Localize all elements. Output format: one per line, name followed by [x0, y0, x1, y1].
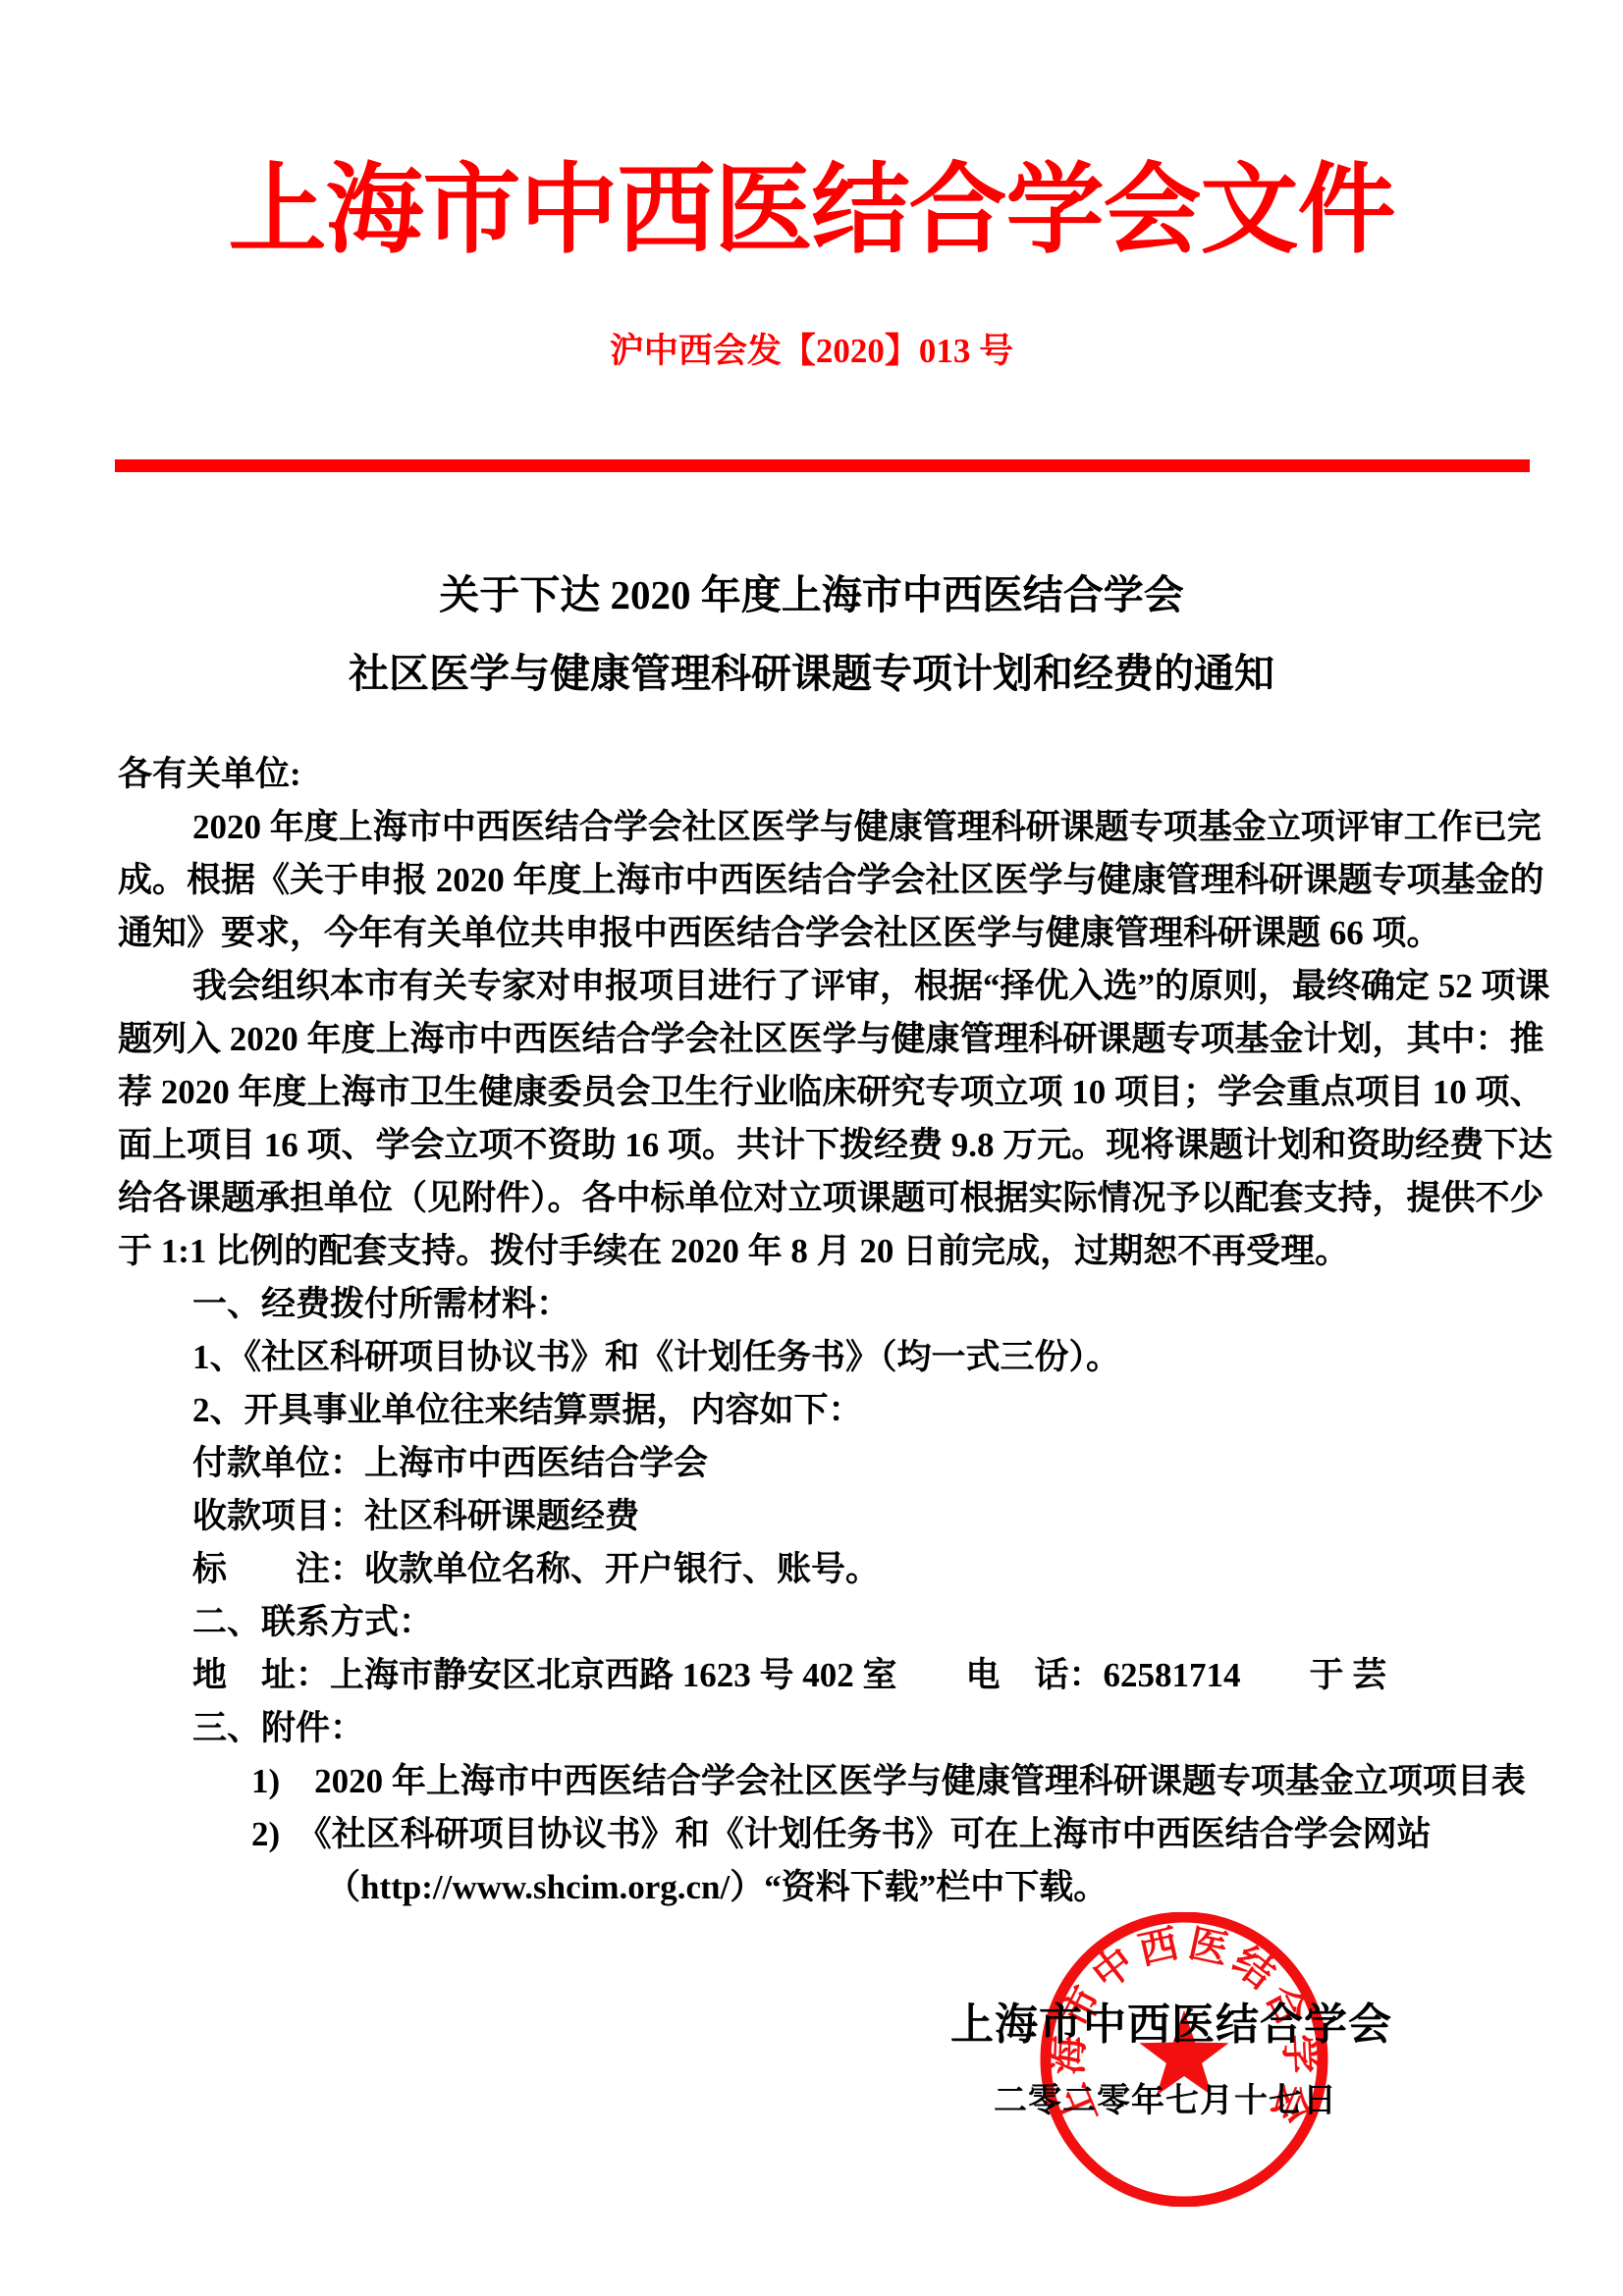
body-line: 地 址：上海市静安区北京西路 1623 号 402 室 电 话：62581714… [192, 1649, 1522, 1702]
body-line: 1) 2020 年上海市中西医结合学会社区医学与健康管理科研课题专项基金立项项目… [251, 1755, 1522, 1808]
body-lines: 各有关单位:2020 年度上海市中西医结合学会社区医学与健康管理科研课题专项基金… [118, 748, 1522, 1914]
body-line: 我会组织本市有关专家对申报项目进行了评审，根据“择优入选”的原则，最终确定 52… [192, 960, 1522, 1013]
document-page: 上海市中西医结合学会文件 沪中西会发【2020】013 号 关于下达 2020 … [0, 0, 1623, 2296]
red-divider-rule [115, 459, 1530, 472]
body-line: 成。根据《关于申报 2020 年度上海市中西医结合学会社区医学与健康管理科研课题… [118, 854, 1522, 907]
red-header-org-title: 上海市中西医结合学会文件 [0, 157, 1623, 265]
body-line: 二、联系方式： [192, 1596, 1522, 1649]
body-line: 1、《社区科研项目协议书》和《计划任务书》（均一式三份）。 [192, 1331, 1522, 1384]
document-title: 关于下达 2020 年度上海市中西医结合学会 社区医学与健康管理科研课题专项计划… [0, 556, 1623, 713]
star-icon [1139, 2010, 1228, 2096]
document-title-line1: 关于下达 2020 年度上海市中西医结合学会 [0, 556, 1623, 634]
body-line: 各有关单位: [118, 748, 1522, 801]
body-line: 2、开具事业单位往来结算票据，内容如下： [192, 1384, 1522, 1437]
body-line: 题列入 2020 年度上海市中西医结合学会社区医学与健康管理科研课题专项基金计划… [118, 1013, 1522, 1066]
body-line: 收款项目：社区科研课题经费 [192, 1490, 1522, 1543]
body-line: 于 1:1 比例的配套支持。拨付手续在 2020 年 8 月 20 日前完成，过… [118, 1225, 1522, 1278]
body-line: 付款单位：上海市中西医结合学会 [192, 1437, 1522, 1490]
body-line: 通知》要求，今年有关单位共申报中西医结合学会社区医学与健康管理科研课题 66 项… [118, 907, 1522, 960]
body-line: 面上项目 16 项、学会立项不资助 16 项。共计下拨经费 9.8 万元。现将课… [118, 1119, 1522, 1172]
official-seal: 上海市中西医结合学会 [1037, 1912, 1331, 2207]
body-line: 给各课题承担单位（见附件）。各中标单位对立项课题可根据实际情况予以配套支持，提供… [118, 1172, 1522, 1225]
body-line: 2) 《社区科研项目协议书》和《计划任务书》可在上海市中西医结合学会网站 [251, 1808, 1522, 1861]
body-line: （http://www.shcim.org.cn/）“资料下载”栏中下载。 [326, 1861, 1522, 1914]
body-line: 标 注：收款单位名称、开户银行、账号。 [192, 1543, 1522, 1596]
body-line: 一、经费拨付所需材料： [192, 1278, 1522, 1331]
document-title-line2: 社区医学与健康管理科研课题专项计划和经费的通知 [0, 634, 1623, 713]
document-number: 沪中西会发【2020】013 号 [0, 324, 1623, 373]
body-line: 三、附件： [192, 1702, 1522, 1755]
body-line: 2020 年度上海市中西医结合学会社区医学与健康管理科研课题专项基金立项评审工作… [192, 801, 1522, 854]
body-line: 荐 2020 年度上海市卫生健康委员会卫生行业临床研究专项立项 10 项目；学会… [118, 1066, 1522, 1119]
